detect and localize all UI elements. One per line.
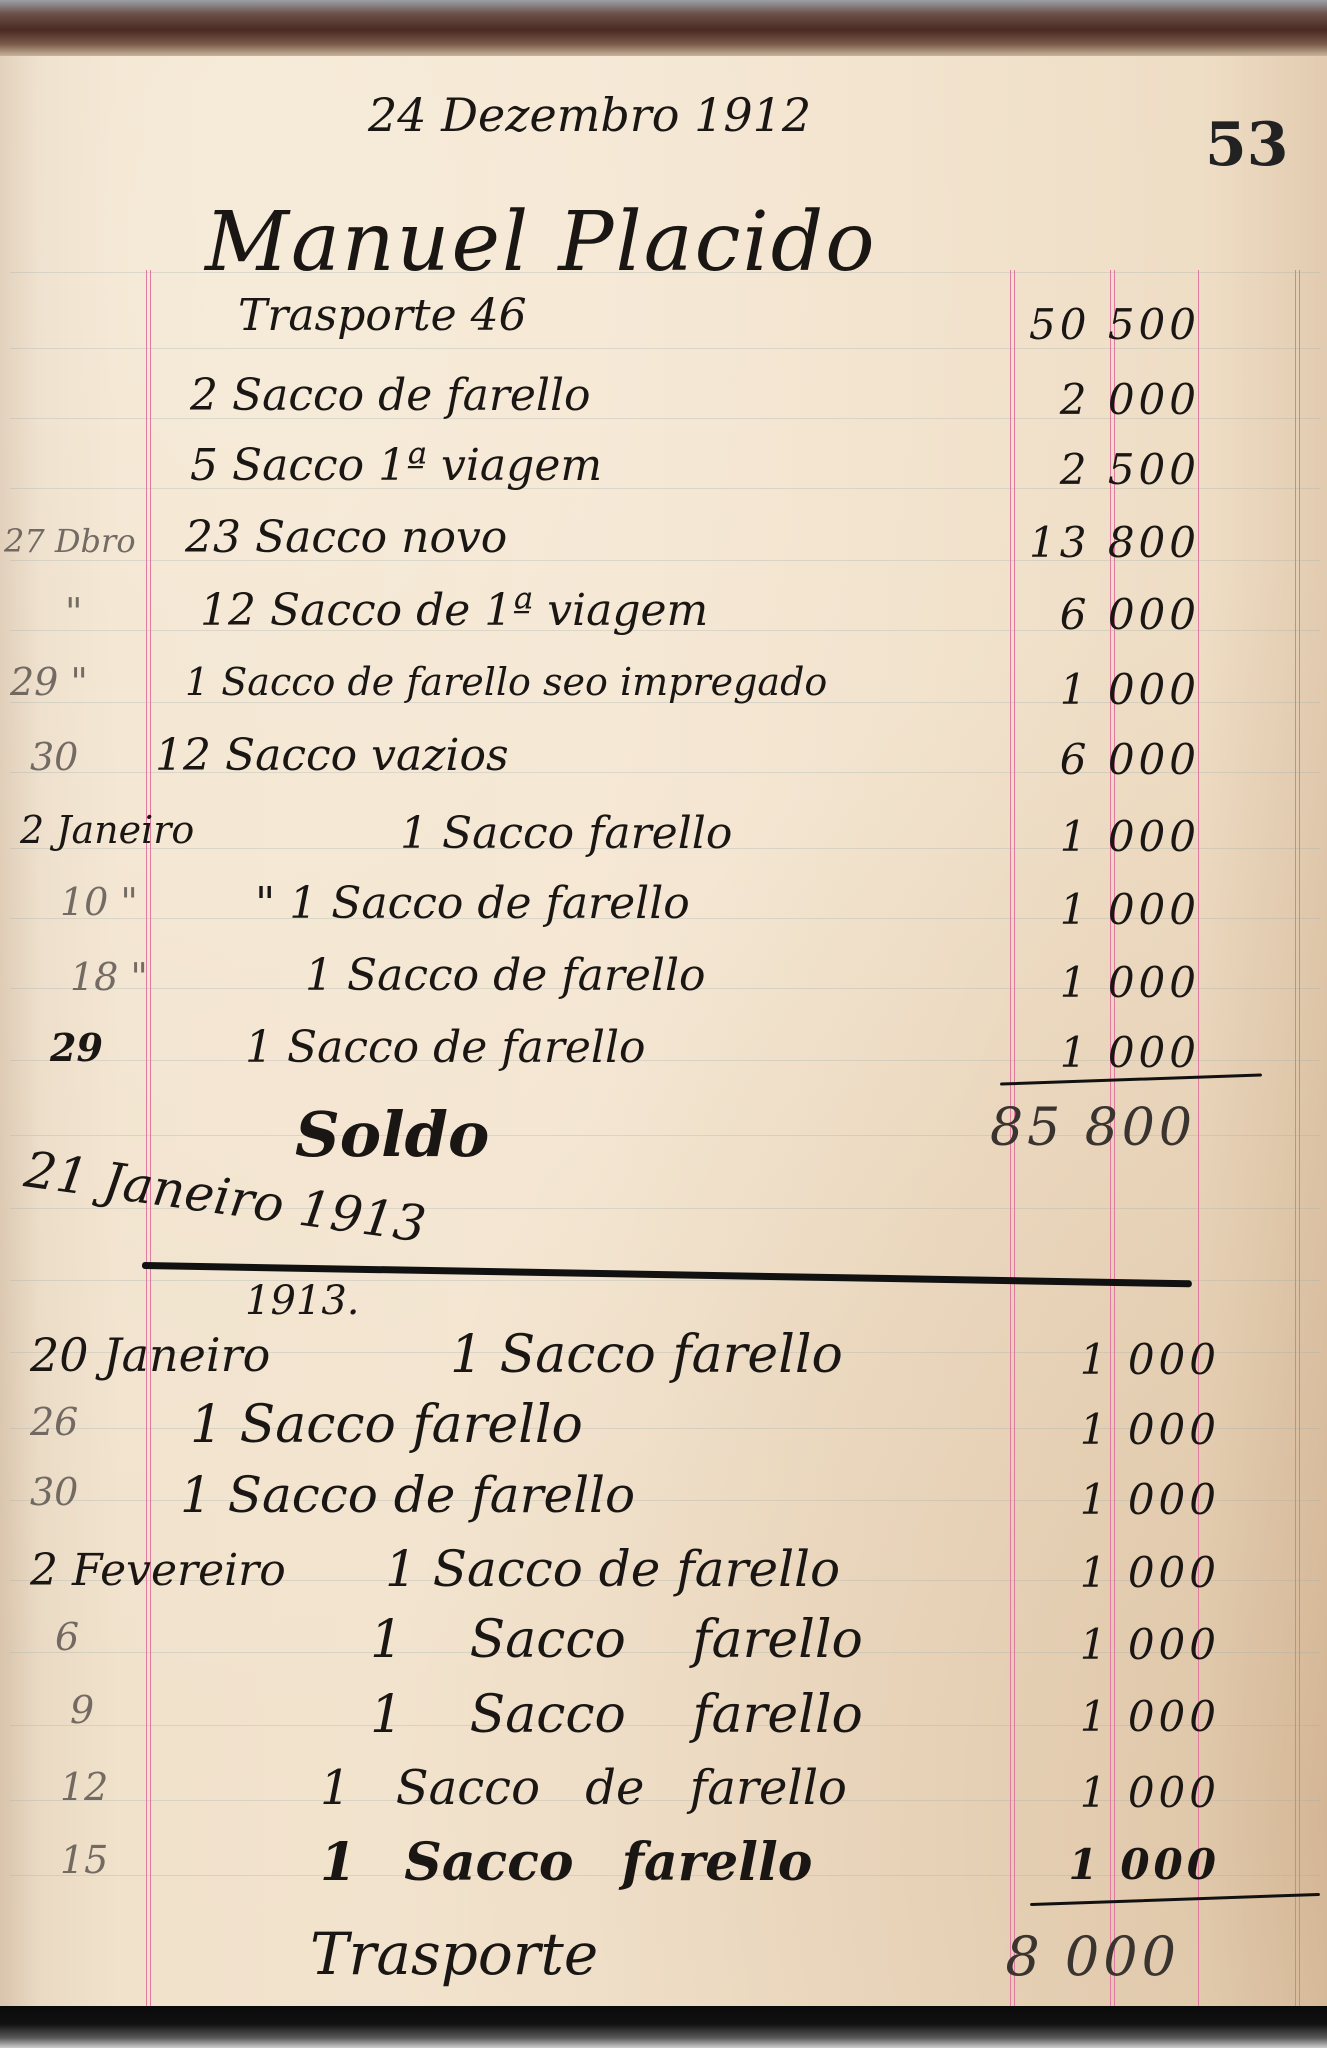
entry-date: 2 Fevereiro: [30, 1545, 286, 1596]
entry-amount: 2 000: [1020, 375, 1200, 424]
entry-description: 12 Sacco de 1ª viagem: [200, 585, 708, 636]
entry-amount: 1 000: [1040, 1692, 1220, 1741]
entry-amount: 1 000: [1040, 1548, 1220, 1597]
entry-date: 10 ": [60, 880, 138, 924]
entry-date: ": [65, 590, 82, 634]
entry-amount: 1 000: [1040, 1768, 1220, 1817]
settled-label: Soldo: [295, 1098, 489, 1171]
book-top-edge: [0, 0, 1327, 60]
carry-label: Trasporte: [310, 1920, 598, 1988]
account-name: Manuel Placido: [205, 195, 877, 290]
entry-date: 26: [30, 1400, 78, 1444]
entry-amount: 1 000: [1020, 958, 1200, 1007]
entry-amount: 1 000: [1020, 1028, 1200, 1077]
entry-description: 12 Sacco vazios: [155, 730, 509, 781]
section1-total: 85 800: [990, 1098, 1170, 1158]
entry-date: 29 ": [10, 660, 88, 704]
entry-description: Trasporte 46: [238, 290, 527, 341]
entry-date: 27 Dbro: [4, 522, 136, 560]
entry-amount: 50 500: [1020, 300, 1200, 349]
entry-description: 1 Sacco farello: [400, 808, 732, 859]
section2-year: 1913.: [245, 1278, 360, 1324]
entry-description: 1 Sacco farello: [190, 1395, 583, 1455]
entry-amount: 6 000: [1020, 590, 1200, 639]
entry-description: 1 Sacco de farello seo impregado: [185, 660, 827, 704]
entry-amount: 1 000: [1020, 665, 1200, 714]
entry-amount: 1 000: [1020, 812, 1200, 861]
entry-description: 1 Sacco farello: [450, 1325, 843, 1385]
entry-date: 15: [60, 1838, 108, 1882]
entry-date: 30: [30, 1470, 78, 1514]
entry-amount: 1 000: [1020, 885, 1200, 934]
entry-description: 5 Sacco 1ª viagem: [190, 440, 602, 491]
entry-description: 2 Sacco de farello: [190, 370, 591, 421]
entry-amount: 1 000: [1040, 1405, 1220, 1454]
header-date: 24 Dezembro 1912: [368, 88, 811, 142]
entry-date: 18 ": [70, 955, 148, 999]
entry-date: 30: [30, 735, 78, 779]
entry-description: 1 Sacco de farello: [245, 1022, 646, 1073]
entry-date: 20 Janeiro: [30, 1328, 270, 1382]
entry-description: 1 Sacco de farello: [320, 1760, 847, 1816]
book-bottom-edge: [0, 2006, 1327, 2048]
entry-description: 1 Sacco de farello: [305, 950, 706, 1001]
entry-date: 12: [60, 1765, 108, 1809]
entry-amount: 1 000: [1040, 1475, 1220, 1524]
entry-amount: 1 000: [1040, 1620, 1220, 1669]
entry-date: 6: [55, 1615, 79, 1659]
entry-description: 1 Sacco de farello: [385, 1540, 840, 1598]
entry-date: 2 Janeiro: [20, 808, 194, 852]
entry-amount: 2 500: [1020, 445, 1200, 494]
entry-description: 1 Sacco de farello: [180, 1466, 635, 1524]
entry-description: " 1 Sacco de farello: [255, 878, 690, 929]
entry-description: 1 Sacco farello: [370, 1685, 863, 1745]
entry-description: 23 Sacco novo: [185, 512, 507, 563]
entry-description: 1 Sacco farello: [370, 1610, 863, 1670]
entry-date: 9: [70, 1688, 94, 1732]
entry-amount: 1 000: [1040, 1335, 1220, 1384]
entry-amount: 1 000: [1040, 1840, 1220, 1889]
entry-description: 1 Sacco farello: [320, 1832, 812, 1893]
entry-amount: 13 800: [1020, 518, 1200, 567]
entry-amount: 6 000: [1020, 735, 1200, 784]
entry-date: 29: [50, 1025, 103, 1070]
page-number: 53: [1205, 110, 1289, 180]
carry-total: 8 000: [1000, 1925, 1180, 1988]
